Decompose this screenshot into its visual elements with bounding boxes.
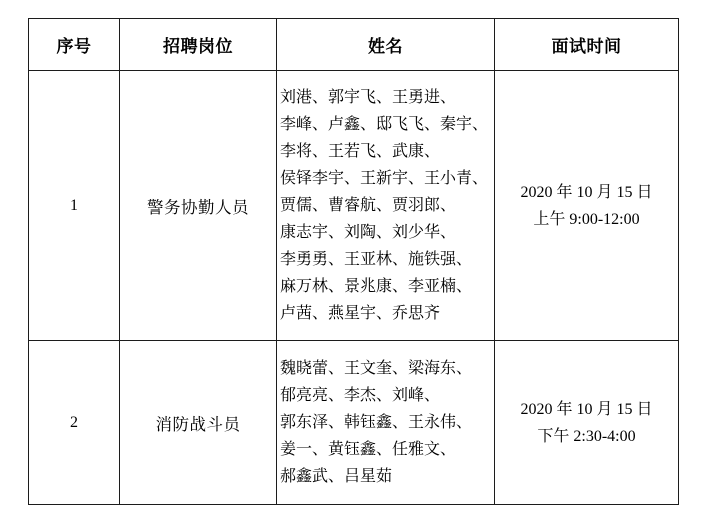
header-serial-number: 序号	[29, 19, 120, 71]
document-page: 序号 招聘岗位 姓名 面试时间 1 警务协勤人员 刘港、郭宇飞、王勇进、 李峰、…	[0, 0, 703, 514]
interview-date: 2020 年 10 月 15 日	[499, 179, 674, 206]
interview-session: 下午 2:30-4:00	[499, 423, 674, 450]
cell-interview-time: 2020 年 10 月 15 日 上午 9:00-12:00	[495, 71, 679, 341]
cell-serial-number: 1	[29, 71, 120, 341]
interview-session: 上午 9:00-12:00	[499, 206, 674, 233]
table-row: 2 消防战斗员 魏晓蕾、王文奎、梁海东、 郁亮亮、李杰、刘峰、 郭东泽、韩钰鑫、…	[29, 341, 679, 505]
cell-position: 消防战斗员	[120, 341, 277, 505]
cell-serial-number: 2	[29, 341, 120, 505]
table-row: 1 警务协勤人员 刘港、郭宇飞、王勇进、 李峰、卢鑫、邸飞飞、秦宇、 李将、王若…	[29, 71, 679, 341]
cell-interview-time: 2020 年 10 月 15 日 下午 2:30-4:00	[495, 341, 679, 505]
cell-names: 魏晓蕾、王文奎、梁海东、 郁亮亮、李杰、刘峰、 郭东泽、韩钰鑫、王永伟、 姜一、…	[277, 341, 495, 505]
interview-date: 2020 年 10 月 15 日	[499, 396, 674, 423]
header-position: 招聘岗位	[120, 19, 277, 71]
cell-names: 刘港、郭宇飞、王勇进、 李峰、卢鑫、邸飞飞、秦宇、 李将、王若飞、武康、 侯铎李…	[277, 71, 495, 341]
header-interview-time: 面试时间	[495, 19, 679, 71]
interview-schedule-table: 序号 招聘岗位 姓名 面试时间 1 警务协勤人员 刘港、郭宇飞、王勇进、 李峰、…	[28, 18, 679, 505]
cell-position: 警务协勤人员	[120, 71, 277, 341]
header-row: 序号 招聘岗位 姓名 面试时间	[29, 19, 679, 71]
header-names: 姓名	[277, 19, 495, 71]
